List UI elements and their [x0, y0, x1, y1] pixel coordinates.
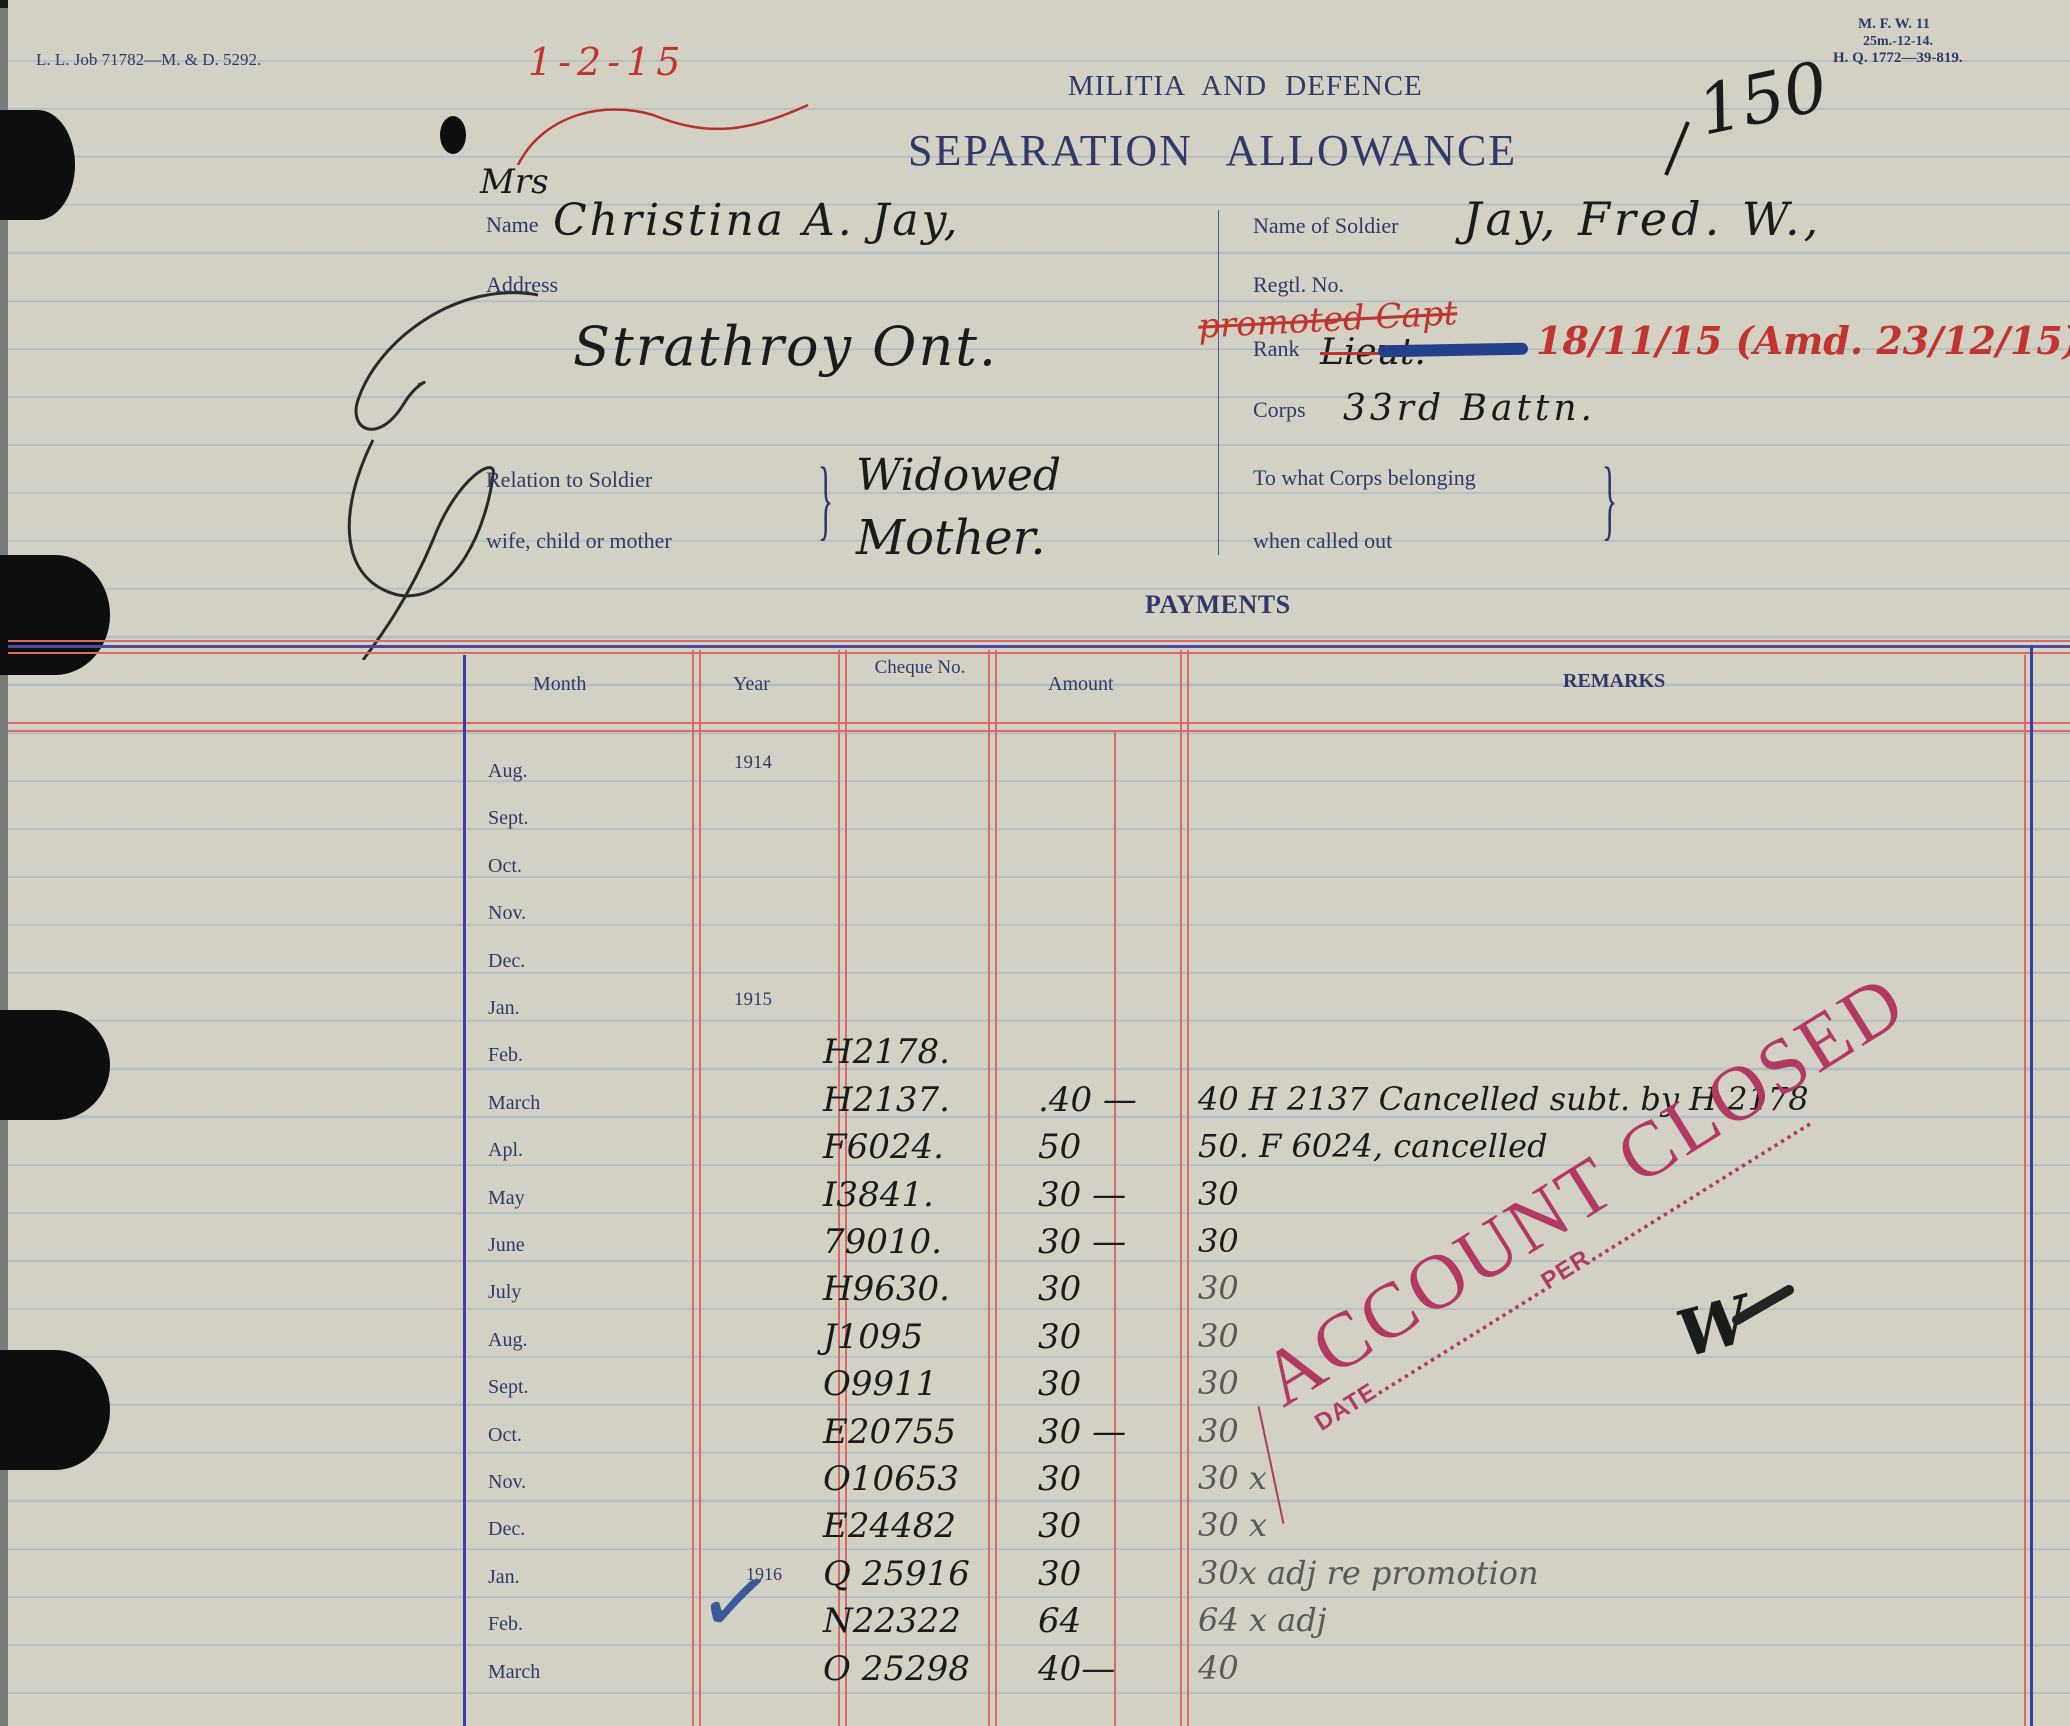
- called-out-label-2: when called out: [1253, 528, 1392, 554]
- relation-brace: }: [818, 455, 833, 545]
- remarks-cell: 64 x adj: [1198, 1601, 1327, 1639]
- relation-value-2: Mother.: [856, 510, 1046, 566]
- regtl-label: Regtl. No.: [1253, 272, 1344, 298]
- month-cell: Oct.: [488, 1424, 522, 1447]
- form-code-1: M. F. W. 11: [1858, 16, 1930, 33]
- amount-cell: 30 —: [1038, 1222, 1126, 1262]
- remarks-cell: 30: [1198, 1222, 1239, 1260]
- corps-label: Corps: [1253, 397, 1306, 423]
- amount-cell: 30: [1038, 1364, 1081, 1404]
- department-heading: MILITIA AND DEFENCE: [1068, 70, 1423, 103]
- month-cell: Oct.: [488, 855, 522, 878]
- address-value: Strathroy Ont.: [573, 315, 998, 378]
- table-row: Oct.: [8, 841, 2070, 888]
- table-row: Dec.: [8, 936, 2070, 983]
- amount-cell: 50: [1038, 1127, 1081, 1167]
- red-flourish: [513, 95, 813, 170]
- form-code-3: H. Q. 1772—39-819.: [1833, 50, 1963, 67]
- rank-promotion-date: 18/11/15 (Amd. 23/12/15): [1536, 318, 2070, 363]
- remarks-cell: 40: [1198, 1649, 1239, 1687]
- separation-allowance-card: L. L. Job 71782—M. & D. 5292. M. F. W. 1…: [8, 0, 2070, 1726]
- name-prefix: Mrs: [480, 162, 549, 202]
- cheque-cell: H2137.: [823, 1080, 950, 1120]
- blue-checkmark: ✓: [691, 1545, 780, 1659]
- remarks-cell: 30 x: [1198, 1459, 1267, 1497]
- month-cell: May: [488, 1187, 525, 1210]
- corps-value: 33rd Battn.: [1343, 388, 1596, 429]
- table-row: Nov.: [8, 888, 2070, 935]
- month-cell: Nov.: [488, 902, 526, 925]
- month-cell: Aug.: [488, 760, 527, 783]
- cheque-cell: E20755: [823, 1412, 956, 1452]
- date-annotation: 1-2-15: [528, 40, 686, 84]
- cheque-cell: O10653: [823, 1459, 959, 1499]
- amount-cell: 30: [1038, 1317, 1081, 1357]
- remarks-cell: 30 x: [1198, 1506, 1267, 1544]
- cheque-cell: E24482: [823, 1506, 956, 1546]
- table-row: Aug.J10953030: [8, 1315, 2070, 1362]
- name-value: Christina A. Jay,: [553, 195, 961, 246]
- amount-cell: 30: [1038, 1554, 1081, 1594]
- binder-hole-1: [0, 110, 75, 220]
- table-top-rule: [8, 640, 2070, 654]
- month-cell: Nov.: [488, 1471, 526, 1494]
- remarks-cell: 30: [1198, 1317, 1239, 1355]
- cheque-cell: I3841.: [823, 1175, 934, 1215]
- month-cell: June: [488, 1234, 525, 1257]
- file-number-slash: [1658, 120, 1698, 180]
- amount-cell: 30: [1038, 1459, 1081, 1499]
- table-row: Oct.E2075530 —30: [8, 1410, 2070, 1457]
- table-row: Feb.N223226464 x adj: [8, 1599, 2070, 1646]
- soldier-name-value: Jay, Fred. W.,: [1463, 192, 1822, 246]
- amount-cell: .40 —: [1038, 1080, 1137, 1120]
- remarks-cell: 50. F 6024, cancelled: [1198, 1127, 1548, 1165]
- amount-cell: 30: [1038, 1506, 1081, 1546]
- remarks-cell: 30: [1198, 1269, 1239, 1307]
- blue-strike: [1378, 343, 1528, 358]
- amount-cell: 30: [1038, 1269, 1081, 1309]
- cheque-cell: F6024.: [823, 1127, 944, 1167]
- amount-cell: 40—: [1038, 1649, 1115, 1689]
- remarks-cell: 30: [1198, 1364, 1239, 1402]
- amount-cell: 64: [1038, 1601, 1081, 1641]
- binder-hole-2: [0, 555, 110, 675]
- cheque-cell: H2178.: [823, 1032, 950, 1072]
- table-row: Sept.O99113030: [8, 1362, 2070, 1409]
- table-row: Aug.1914: [8, 746, 2070, 793]
- relation-label-2: wife, child or mother: [486, 528, 672, 554]
- relation-value-1: Widowed: [856, 450, 1061, 501]
- month-cell: Sept.: [488, 807, 529, 830]
- cheque-cell: 79010.: [823, 1222, 942, 1262]
- cheque-cell: Q 25916: [823, 1554, 970, 1594]
- col-header-year: Year: [733, 673, 770, 696]
- month-cell: July: [488, 1281, 521, 1304]
- table-row: June79010.30 —30: [8, 1220, 2070, 1267]
- remarks-cell: 30: [1198, 1175, 1239, 1213]
- month-cell: March: [488, 1661, 540, 1684]
- col-header-month: Month: [533, 673, 586, 696]
- cheque-cell: J1095: [823, 1317, 923, 1357]
- month-cell: Jan.: [488, 1566, 520, 1589]
- col-header-remarks: REMARKS: [1563, 670, 1665, 693]
- cheque-cell: O9911: [823, 1364, 937, 1404]
- month-cell: Aug.: [488, 1329, 527, 1352]
- cheque-cell: N22322: [823, 1601, 961, 1641]
- month-cell: Jan.: [488, 997, 520, 1020]
- month-cell: Dec.: [488, 1518, 525, 1541]
- column-separator: [1218, 210, 1219, 555]
- punch-hole: [440, 116, 466, 154]
- table-row: Dec.E244823030 x: [8, 1504, 2070, 1551]
- soldier-name-label: Name of Soldier: [1253, 213, 1398, 239]
- payments-heading: PAYMENTS: [1145, 590, 1291, 620]
- amount-cell: 30 —: [1038, 1175, 1126, 1215]
- table-row: MayI3841.30 —30: [8, 1173, 2070, 1220]
- col-header-amount: Amount: [1048, 673, 1114, 696]
- amount-cell: 30 —: [1038, 1412, 1126, 1452]
- file-number: 150: [1691, 47, 1834, 151]
- address-label: Address: [486, 272, 558, 298]
- cheque-cell: H9630.: [823, 1269, 950, 1309]
- month-cell: Apl.: [488, 1139, 523, 1162]
- table-row: Jan.1915: [8, 983, 2070, 1030]
- cheque-cell: O 25298: [823, 1649, 970, 1689]
- month-cell: Feb.: [488, 1044, 523, 1067]
- called-out-label-1: To what Corps belonging: [1253, 465, 1476, 491]
- month-cell: March: [488, 1092, 540, 1115]
- table-row: MarchO 2529840—40: [8, 1647, 2070, 1694]
- name-label: Name: [486, 212, 539, 238]
- year-cell: 1915: [734, 989, 772, 1011]
- called-out-brace: }: [1602, 455, 1617, 545]
- remarks-cell: 30: [1198, 1412, 1239, 1450]
- month-cell: Feb.: [488, 1613, 523, 1636]
- job-code: L. L. Job 71782—M. & D. 5292.: [36, 50, 261, 70]
- table-row: Jan.1916Q 259163030x adj re promotion: [8, 1552, 2070, 1599]
- table-header-rule: [8, 722, 2070, 732]
- month-cell: Dec.: [488, 950, 525, 973]
- table-row: Nov.O106533030 x: [8, 1457, 2070, 1504]
- month-cell: Sept.: [488, 1376, 529, 1399]
- remarks-cell: 30x adj re promotion: [1198, 1554, 1539, 1592]
- col-header-cheque: Cheque No.: [870, 657, 970, 678]
- table-row: Sept.: [8, 793, 2070, 840]
- year-cell: 1914: [734, 752, 772, 774]
- form-title: SEPARATION ALLOWANCE: [908, 125, 1517, 176]
- form-code-2: 25m.-12-14.: [1863, 34, 1933, 50]
- relation-label-1: Relation to Soldier: [486, 467, 652, 493]
